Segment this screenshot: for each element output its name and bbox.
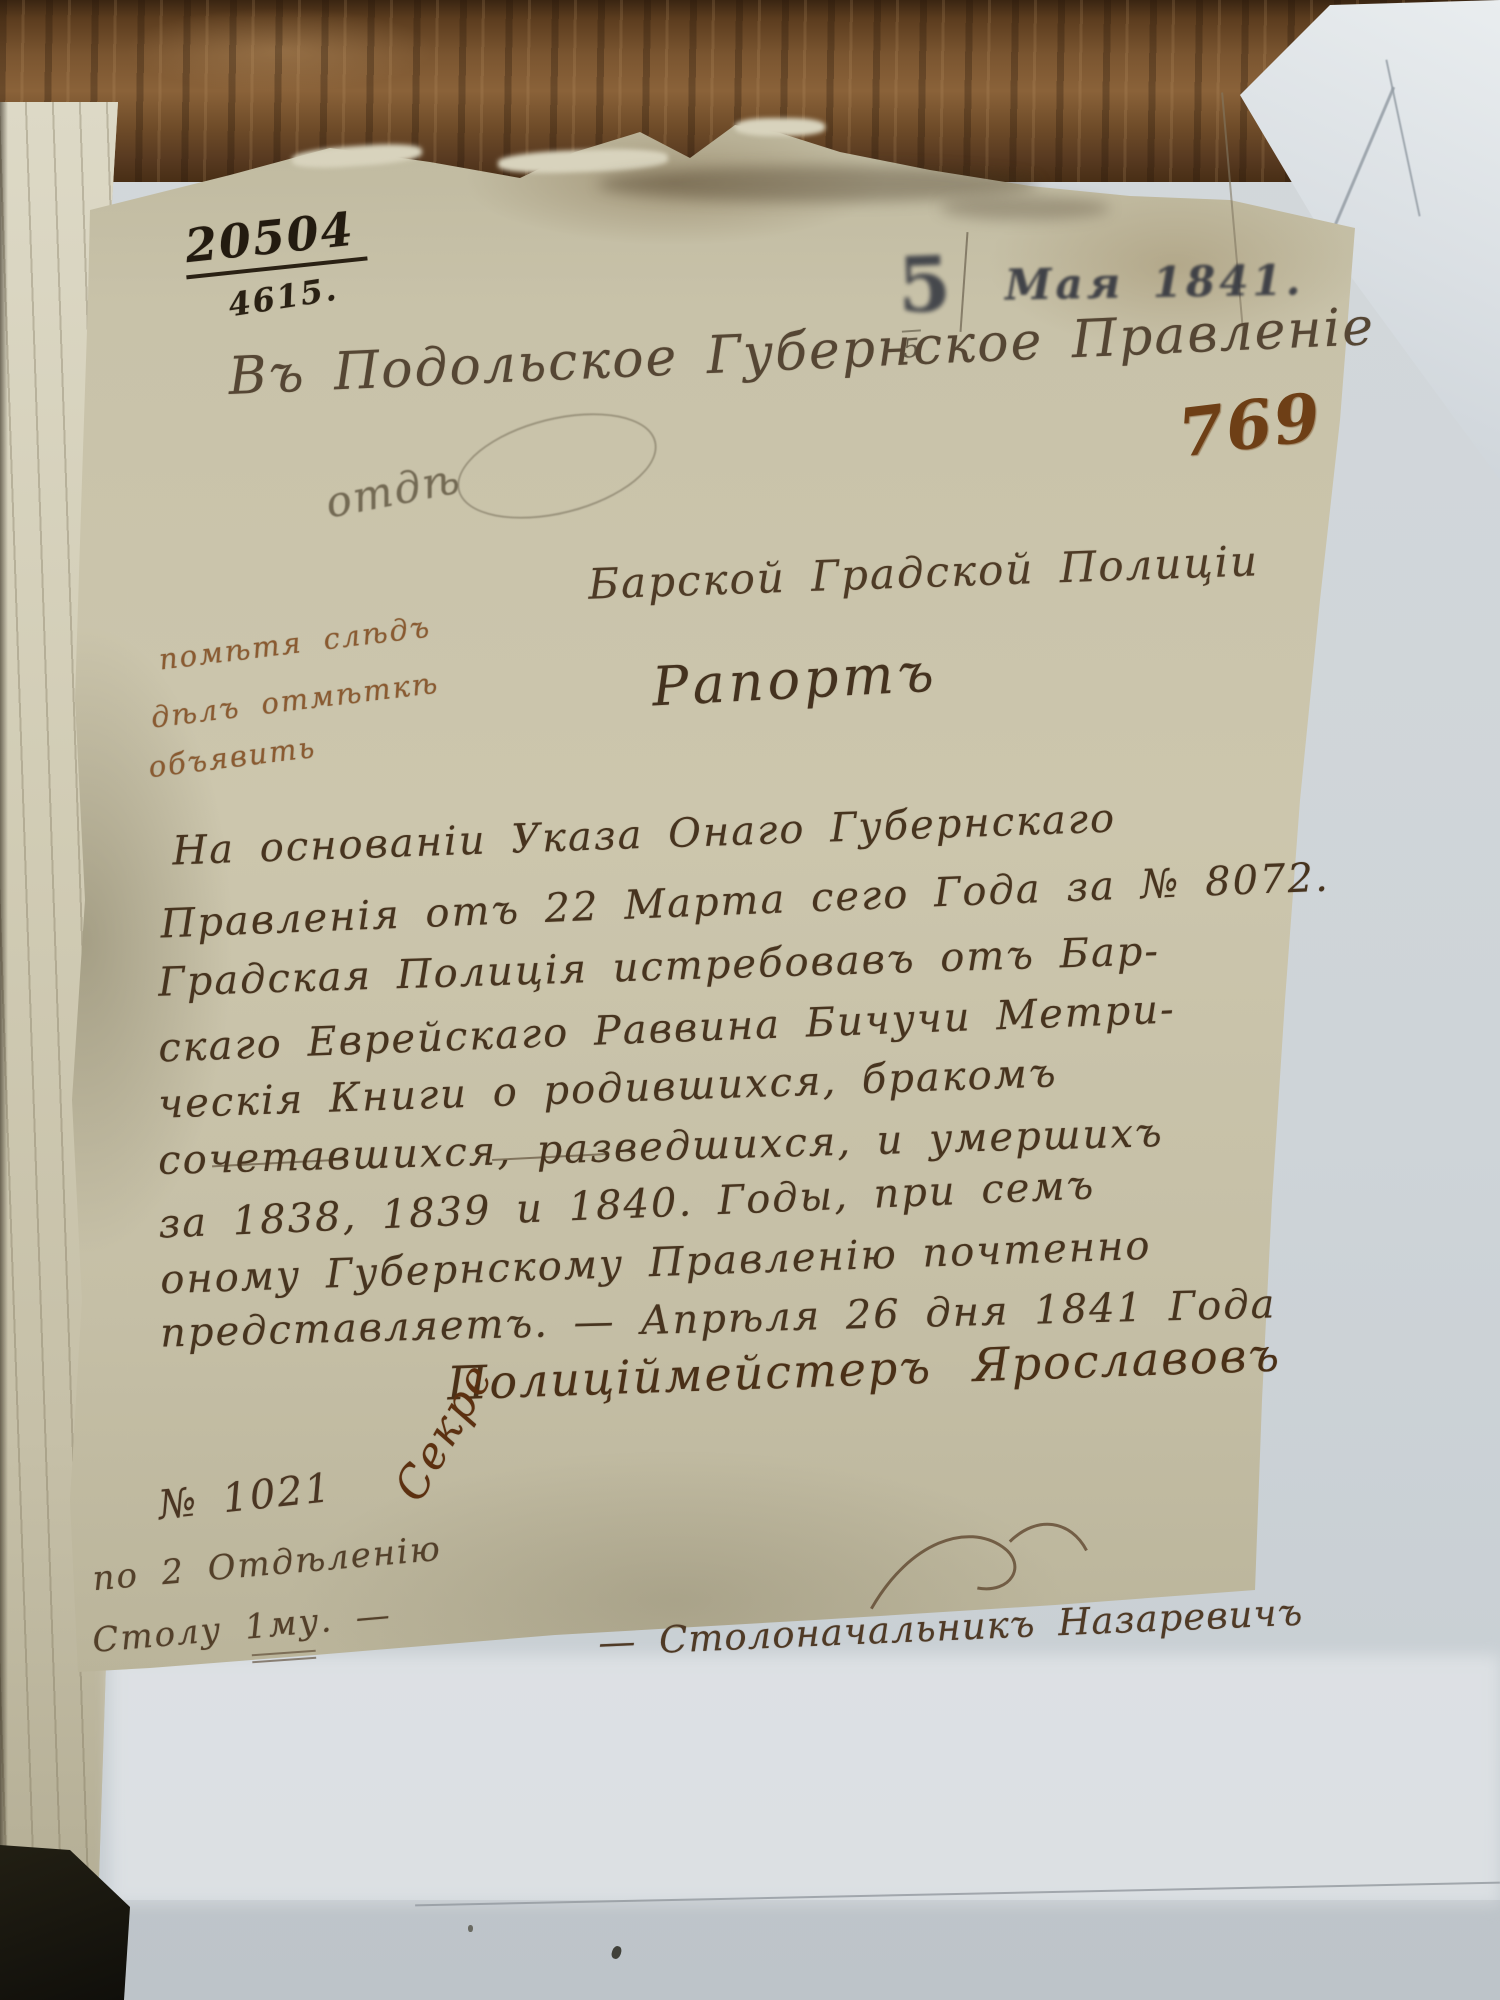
top-edge-smudge-small [940,196,1110,220]
paper-speck [468,1925,473,1932]
bottom-sheet-shade [0,1900,1500,2000]
archival-photo: 20504 4615. 5 Мая 1841. 5 Въ Подольское … [0,0,1500,2000]
bottom-blank-sheet [110,1655,1500,1905]
torn-edge-fragment [735,118,825,136]
top-edge-smudge [598,166,1038,202]
